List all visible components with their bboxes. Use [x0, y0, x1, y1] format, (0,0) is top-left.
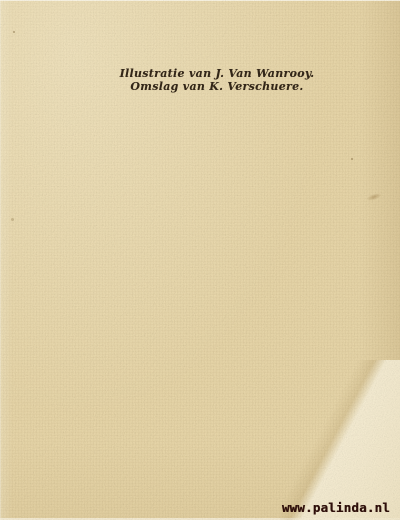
illustration-credit: Illustratie van J. Van Wanrooy.: [120, 67, 315, 80]
page-curl-highlight: [280, 360, 400, 520]
paper-smudge: [365, 192, 382, 203]
paper-speck: [11, 218, 14, 221]
paper-speck: [351, 158, 353, 160]
watermark-url: www.palinda.nl: [282, 500, 390, 515]
credits-block: Illustratie van J. Van Wanrooy. Omslag v…: [120, 67, 315, 93]
paper-speck: [13, 31, 15, 33]
cover-credit: Omslag van K. Verschuere.: [120, 80, 315, 93]
scanned-book-page: Illustratie van J. Van Wanrooy. Omslag v…: [0, 0, 400, 520]
